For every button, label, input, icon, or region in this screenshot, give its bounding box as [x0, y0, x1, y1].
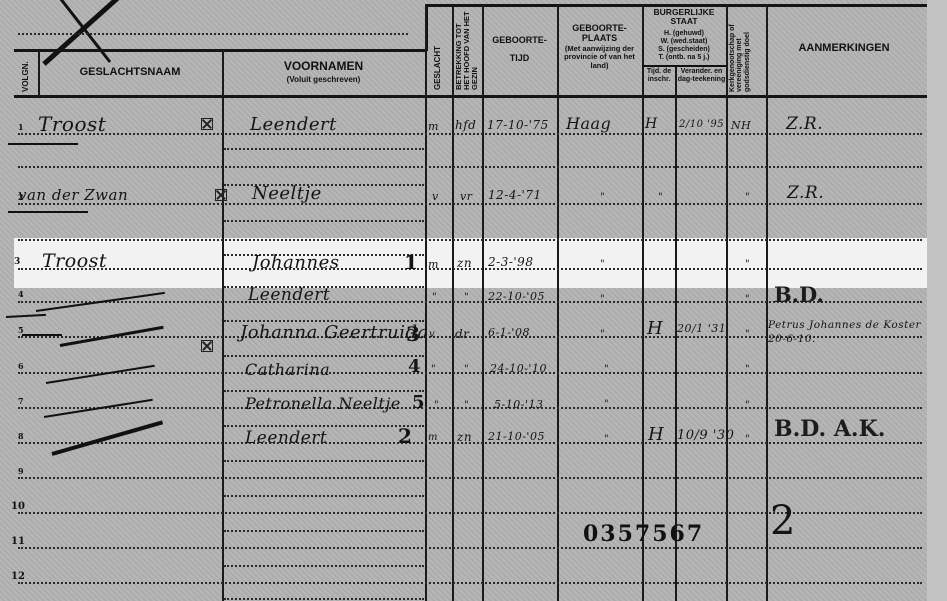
row-rule-1b — [18, 166, 922, 168]
sex-cell: " — [434, 400, 439, 411]
birth-place-cell: Haag — [566, 114, 611, 133]
sex-cell: v — [429, 329, 435, 340]
birth-place-cell: " — [600, 192, 605, 203]
verander-cell: 2/10 '95 — [679, 119, 724, 130]
verander-cell: 20/1 '31 — [677, 322, 726, 335]
relation-cell: " — [464, 292, 469, 303]
header-aanmerkingen: AANMERKINGEN — [766, 42, 922, 54]
sex-cell: m — [428, 432, 438, 443]
kerk-cell: " — [745, 400, 750, 411]
surname-cell: Troost — [38, 112, 106, 136]
kerk-cell: " — [745, 259, 750, 270]
registration-number: 0357567 — [583, 521, 704, 547]
row-rule-12 — [18, 582, 922, 584]
birth-date-cell: 22-10-'05 — [488, 290, 545, 303]
row-rule-9 — [18, 477, 922, 479]
header-bs-w: W. (wed.staat) — [642, 38, 726, 46]
staat-cell: H — [647, 318, 663, 339]
birth-place-cell: " — [604, 364, 609, 375]
given-name-cell: Johannes — [252, 252, 339, 273]
row-number: 9 — [18, 466, 24, 476]
birth-date-cell: 24-10-'10 — [490, 362, 547, 375]
child-order-number: 2 — [398, 424, 412, 448]
kerk-cell: " — [745, 329, 750, 340]
relation-cell: dr — [455, 327, 469, 341]
staat-cell: H — [648, 424, 664, 445]
header-voornamen-sub: (Voluit geschreven) — [222, 76, 425, 85]
birth-place-cell: " — [604, 399, 609, 410]
voornamen-subline — [224, 460, 424, 462]
sex-cell: m — [428, 258, 439, 271]
checkbox-marked-icon — [201, 340, 213, 352]
sex-cell: v — [432, 190, 439, 203]
header-geboorteplaats-2: PLAATS — [557, 34, 642, 44]
header-bottom-rule — [14, 95, 927, 98]
header-kerkgenootschap: Kerkgenootschap of vereeniging met godsd… — [729, 4, 751, 92]
header-burgerlijke-staat: BURGERLIJKE STAAT — [642, 8, 726, 27]
given-name-cell: Neeltje — [252, 183, 322, 204]
voornamen-subline — [224, 565, 424, 567]
voornamen-subline — [224, 530, 424, 532]
header-betrekking: BETREKKING TOT HET HOOFD VAN HET GEZIN — [455, 10, 479, 90]
child-order-number: 1 — [404, 250, 418, 274]
voornamen-subline — [224, 425, 424, 427]
header-volgn: VOLGN. — [22, 61, 30, 92]
remarks-cell: Z.R. — [787, 183, 824, 203]
header-tijd-inschr: Tijd. de inschr. — [643, 68, 675, 83]
header-geslacht: GESLACHT — [434, 46, 442, 90]
voornamen-subline — [224, 220, 424, 222]
row-number: 11 — [11, 536, 25, 547]
paper-edge — [927, 0, 947, 601]
birth-place-cell: " — [600, 259, 605, 270]
row-rule-7 — [18, 407, 922, 409]
row-number: 1 — [18, 122, 24, 132]
voornamen-subline — [224, 355, 424, 357]
underline-mark — [8, 143, 78, 145]
birth-place-cell: " — [600, 294, 605, 305]
kerk-cell: " — [745, 294, 750, 305]
header-bs-h: H. (gehuwd) — [642, 30, 726, 38]
birth-date-cell: 5-10-'13 — [494, 398, 543, 411]
child-order-number: 3 — [406, 322, 420, 346]
row-number: 3 — [14, 257, 20, 267]
header-geboorteplaats-sub: (Met aanwijzing der provincie of van het… — [560, 45, 639, 70]
given-name-cell: Petronella Neeltje — [245, 394, 401, 413]
remarks-cell: Z.R. — [786, 114, 823, 134]
header-geboortetijd-1: GEBOORTE- — [482, 36, 557, 46]
remarks-cell: Petrus Johannes de Koster 20-6-10. — [768, 318, 928, 346]
row-number: 10 — [11, 501, 25, 512]
given-name-cell: Leendert — [250, 114, 337, 135]
remarks-stamp: B.D. — [774, 282, 824, 307]
row-rule-6 — [18, 372, 922, 374]
birth-date-cell: 2-3-'98 — [488, 255, 533, 269]
header-voornamen: VOORNAMEN — [222, 60, 425, 73]
child-order-number: 5 — [412, 392, 425, 413]
page-mark: 2 — [770, 498, 796, 544]
birth-date-cell: 12-4-'71 — [488, 188, 542, 202]
header-geslachtsnaam: GESLACHTSNAAM — [38, 66, 222, 78]
bs-sub-rule — [642, 65, 726, 67]
row-rule-2b — [18, 239, 922, 241]
header-bs-t: T. (ontb. na 5 j.) — [642, 54, 726, 62]
row-rule-2 — [18, 203, 922, 205]
strike-mark — [51, 420, 163, 456]
kerk-cell: NH — [731, 119, 751, 132]
register-card: VOLGN. GESLACHTSNAAM VOORNAMEN (Voluit g… — [0, 0, 947, 601]
strike-mark — [46, 365, 155, 384]
remarks-stamp: B.D. A.K. — [774, 416, 885, 442]
relation-cell: zn — [457, 256, 472, 270]
staat-cell: " — [658, 192, 663, 203]
birth-date-cell: 6-1-'08 — [488, 326, 530, 339]
row-number: 4 — [18, 289, 24, 299]
birth-date-cell: 17-10-'75 — [487, 118, 549, 132]
checkbox-marked-icon — [215, 189, 227, 201]
given-name-cell: Catharina — [245, 360, 330, 379]
relation-cell: zn — [457, 430, 472, 444]
row-number: 8 — [18, 431, 24, 441]
checkbox-marked-icon — [201, 118, 213, 130]
header-verander: Verander. en dag-teekening — [677, 68, 726, 83]
voornamen-subline — [224, 148, 424, 150]
relation-cell: " — [464, 400, 469, 411]
child-order-number: 4 — [408, 356, 421, 377]
kerk-cell: " — [745, 192, 750, 203]
header-top-rule-left — [14, 49, 426, 52]
voornamen-subline — [224, 598, 424, 600]
row-rule-11 — [18, 547, 922, 549]
strike-mark — [6, 314, 46, 318]
row-number: 7 — [18, 396, 24, 406]
verander-cell: 10/9 '30 — [677, 428, 734, 443]
sex-cell: " — [432, 292, 437, 303]
birth-place-cell: " — [604, 434, 609, 445]
voornamen-subline — [224, 390, 424, 392]
birth-place-cell: " — [600, 329, 605, 340]
given-name-cell: Leendert — [248, 285, 330, 305]
highlight-band-row-3 — [14, 238, 947, 288]
sex-cell: m — [428, 120, 439, 133]
staat-cell: H — [645, 116, 658, 132]
sex-cell: " — [431, 364, 436, 375]
row-number: 12 — [11, 571, 25, 582]
given-name-cell: Johanna Geertruida — [240, 322, 429, 343]
header-bs-s: S. (gescheiden) — [642, 46, 726, 54]
row-number: 6 — [18, 361, 24, 371]
top-dotted-line — [18, 33, 408, 35]
underline-mark — [8, 211, 88, 213]
given-name-cell: Leendert — [245, 428, 327, 448]
surname-cell: Troost — [42, 250, 107, 272]
relation-cell: vr — [460, 190, 472, 203]
header-geboortetijd-2: TIJD — [482, 54, 557, 64]
relation-cell: " — [464, 364, 469, 375]
voornamen-subline — [224, 495, 424, 497]
relation-cell: hfd — [455, 118, 476, 132]
strike-mark — [22, 334, 62, 336]
kerk-cell: " — [745, 364, 750, 375]
surname-cell: van der Zwan — [18, 186, 128, 204]
birth-date-cell: 21-10-'05 — [488, 430, 545, 443]
kerk-cell: " — [745, 434, 750, 445]
